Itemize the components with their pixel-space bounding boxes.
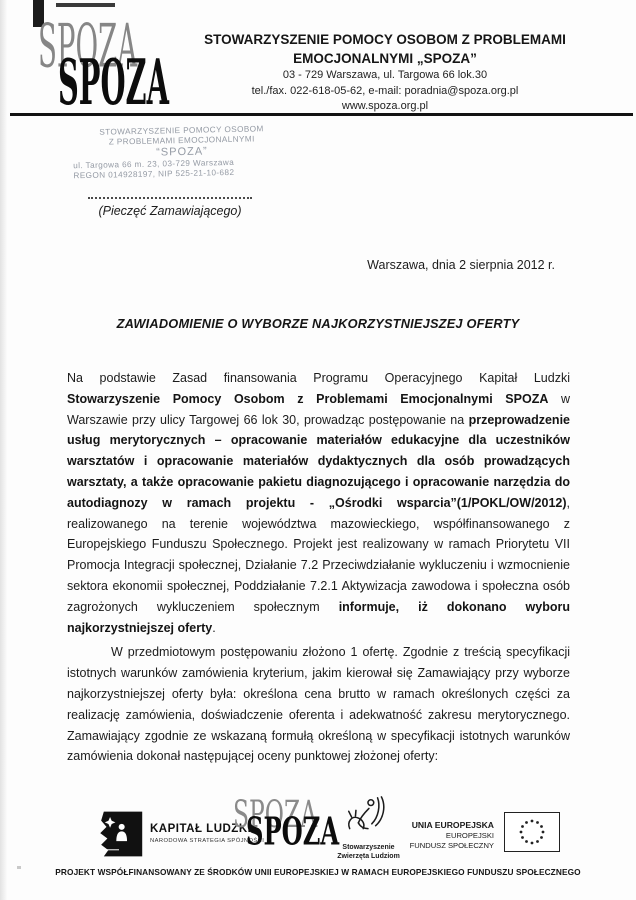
eu-flag-icon [504, 812, 560, 852]
scan-artifact-line [56, 3, 115, 7]
org-name-line2: EMOCJONALNYMI „SPOZA” [155, 49, 615, 68]
stamp-caption: (Pieczęć Zamawiającego) [70, 204, 270, 218]
date-line: Warszawa, dnia 2 sierpnia 2012 r. [367, 258, 555, 272]
spoza-logo-black-text: SPOZA [58, 52, 169, 114]
eu-label-line3: FUNDUSZ SPOŁECZNY [398, 841, 494, 851]
scanned-letter-page: SPOZA SPOZA STOWARZYSZENIE POMOCY OSOBOM… [0, 0, 636, 900]
zwierzeta-ludziom-logo-icon [338, 794, 396, 844]
org-name-line1: STOWARZYSZENIE POMOCY OSOBOM Z PROBLEMAM… [155, 30, 615, 49]
eu-label-line1: UNIA EUROPEJSKA [398, 820, 494, 831]
letter-body: Na podstawie Zasad finansowania Programu… [67, 368, 570, 771]
header-divider-rule [10, 113, 633, 116]
body-paragraph-2: W przedmiotowym postępowaniu złożono 1 o… [67, 642, 570, 767]
letterhead: STOWARZYSZENIE POMOCY OSOBOM Z PROBLEMAM… [155, 30, 615, 115]
zwierzeta-label-line2: Zwierzęta Ludziom [326, 852, 411, 861]
eu-label-line2: EUROPEJSKI [398, 831, 494, 841]
org-contact: tel./fax. 022-618-05-62, e-mail: poradni… [155, 84, 615, 100]
funding-statement: PROJEKT WSPÓŁFINANSOWANY ZE ŚRODKÓW UNII… [0, 867, 636, 877]
org-address: 03 - 729 Warszawa, ul. Targowa 66 lok.30 [155, 68, 615, 84]
eu-label-block: UNIA EUROPEJSKA EUROPEJSKI FUNDUSZ SPOŁE… [398, 820, 494, 851]
signature-dotted-line [88, 188, 252, 199]
kapital-ludzki-flag-icon [94, 810, 144, 858]
letter-title: ZAWIADOMIENIE O WYBORZE NAJKORZYSTNIEJSZ… [0, 316, 636, 331]
scan-edge-shading [0, 0, 7, 900]
org-stamp: STOWARZYSZENIE POMOCY OSOBOM Z PROBLEMAM… [72, 124, 291, 182]
body-paragraph-1: Na podstawie Zasad finansowania Programu… [67, 368, 570, 638]
